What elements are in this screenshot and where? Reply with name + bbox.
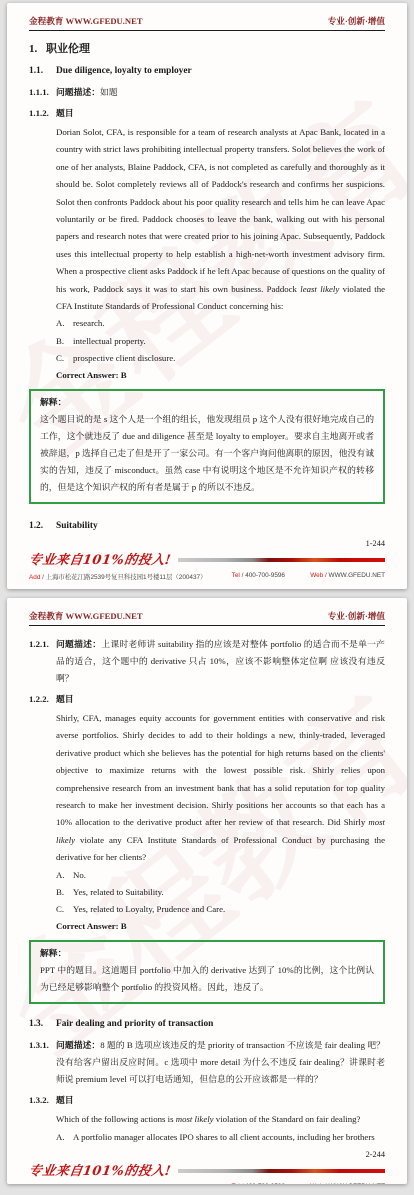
option-b: B. intellectual property. (56, 333, 385, 350)
section-1-1-heading: 1.1. Due diligence, loyalty to employer (29, 63, 385, 80)
problem-description: 问题描述：8 题的 B 选项应该违反的是 priority of transac… (56, 1037, 385, 1088)
tel-value: 400-700-9596 (245, 572, 285, 579)
option-a: A. research. (56, 315, 385, 332)
tel-label: Tel / (232, 1183, 244, 1184)
option-text: research. (73, 315, 105, 332)
question-emphasis: least likely (300, 284, 339, 294)
question-body: Which of the following actions is most l… (56, 1111, 385, 1128)
web-label: Web / (310, 572, 327, 579)
option-text: prospective client disclosure. (73, 350, 175, 367)
footer-address: Add / 上海市松花江路2539号复旦科技园1号楼11层（200437） (29, 1183, 206, 1184)
section-1-3-2-question-heading: 1.3.2. 题目 (29, 1092, 385, 1109)
option-letter: A. (56, 315, 73, 332)
option-letter: C. (56, 901, 73, 918)
web-value: WWW.GFEDU.NET (329, 1183, 385, 1184)
address-label: Add / (29, 574, 44, 581)
option-b: B. Yes, related to Suitability. (56, 884, 385, 901)
option-text: Yes, related to Loyalty, Prudence and Ca… (73, 901, 225, 918)
section-number: 1.1.1. (29, 84, 56, 101)
explanation-box: 解释： PPT 中的题目。这道题目 portfolio 中加入的 derivat… (29, 940, 385, 1004)
section-title: 职业伦理 (46, 41, 90, 58)
explanation-label: 解释： (40, 945, 374, 962)
footer-gradient-bar (178, 558, 385, 562)
section-1-2-1-problem: 1.2.1. 问题描述：上课时老师讲 suitability 指的应该是对整体 … (29, 636, 385, 687)
option-c: C. prospective client disclosure. (56, 350, 385, 367)
question-label: 题目 (56, 691, 74, 708)
explanation-box: 解释： 这个题目说的是 s 这个人是一个组的组长，他发现组员 p 这个人没有很好… (29, 389, 385, 504)
problem-text: 上课时老师讲 suitability 指的应该是对整体 portfolio 的适… (56, 639, 385, 683)
problem-description: 问题描述：上课时老师讲 suitability 指的应该是对整体 portfol… (56, 636, 385, 687)
section-number: 1.2.1. (29, 636, 56, 687)
footer-slogan-row: 专业来自101%的投入! (29, 1160, 385, 1179)
web-label: Web / (310, 1183, 327, 1184)
tel-label: Tel / (232, 572, 244, 579)
option-letter: A. (56, 1129, 73, 1146)
section-number: 1. (29, 41, 46, 58)
option-letter: A. (56, 867, 73, 884)
problem-label: 问题描述： (56, 87, 100, 97)
header-motto: 专业·创新·增值 (328, 15, 385, 27)
web-value: WWW.GFEDU.NET (329, 572, 385, 579)
footer-contact-row: Add / 上海市松花江路2539号复旦科技园1号楼11层（200437） Te… (29, 572, 385, 581)
footer-slogan: 专业来自101%的投入! (28, 549, 173, 568)
option-letter: B. (56, 884, 73, 901)
explanation-label: 解释： (40, 394, 374, 411)
footer-slogan: 专业来自101%的投入! (28, 1160, 173, 1179)
correct-answer: Correct Answer: B (56, 367, 385, 384)
question-text: Which of the following actions is (56, 1114, 176, 1124)
footer-tel: Tel / 400-700-9596 (232, 1183, 285, 1184)
section-1-1-2-question-heading: 1.1.2. 题目 (29, 105, 385, 122)
question-text-end: violate any CFA Institute Standards of P… (56, 835, 385, 862)
footer-slogan-row: 专业来自101%的投入! (29, 549, 385, 568)
option-c: C. Yes, related to Loyalty, Prudence and… (56, 901, 385, 918)
question-emphasis: most likely (176, 1114, 214, 1124)
section-1-3-heading: 1.3. Fair dealing and priority of transa… (29, 1016, 385, 1033)
section-1-heading: 1. 职业伦理 (29, 41, 385, 58)
page-header: 金程教育 WWW.GFEDU.NET 专业·创新·增值 (29, 610, 385, 626)
option-a: A. A portfolio manager allocates IPO sha… (56, 1129, 385, 1146)
page-header: 金程教育 WWW.GFEDU.NET 专业·创新·增值 (29, 15, 385, 31)
footer-tel: Tel / 400-700-9596 (232, 572, 285, 581)
problem-description: 问题描述：如题 (56, 84, 118, 101)
address-value: 上海市松花江路2539号复旦科技园1号楼11层（200437） (46, 574, 207, 581)
section-number: 1.1.2. (29, 105, 56, 122)
section-number: 1.1. (29, 63, 56, 80)
section-number: 1.3.1. (29, 1037, 56, 1088)
footer-web: Web / WWW.GFEDU.NET (310, 1183, 385, 1184)
document-page-1: 金程教育 金程教育 WWW.GFEDU.NET 专业·创新·增值 1. 职业伦理… (7, 3, 407, 589)
section-number: 1.3.2. (29, 1092, 56, 1109)
explanation-text: PPT 中的题目。这道题目 portfolio 中加入的 derivative … (40, 965, 374, 992)
header-brand: 金程教育 WWW.GFEDU.NET (29, 610, 143, 622)
header-brand: 金程教育 WWW.GFEDU.NET (29, 15, 143, 27)
section-title: Due diligence, loyalty to employer (56, 63, 192, 80)
section-number: 1.2. (29, 518, 56, 535)
section-1-1-1-problem: 1.1.1. 问题描述：如题 (29, 84, 385, 101)
question-body: Dorian Solot, CFA, is responsible for a … (56, 124, 385, 315)
footer-address: Add / 上海市松花江路2539号复旦科技园1号楼11层（200437） (29, 572, 206, 581)
page-number: 1-244 (29, 539, 385, 548)
footer-web: Web / WWW.GFEDU.NET (310, 572, 385, 581)
section-number: 1.3. (29, 1016, 56, 1033)
document-view: 金程教育 金程教育 WWW.GFEDU.NET 专业·创新·增值 1. 职业伦理… (0, 0, 414, 1190)
page-footer: 2-244 专业来自101%的投入! Add / 上海市松花江路2539号复旦科… (29, 1146, 385, 1184)
option-text: No. (73, 867, 86, 884)
question-text-end: violation of the Standard on fair dealin… (214, 1114, 361, 1124)
problem-text: 8 题的 B 选项应该违反的是 priority of transaction … (56, 1040, 385, 1084)
correct-answer: Correct Answer: B (56, 918, 385, 935)
question-body: Shirly, CFA, manages equity accounts for… (56, 710, 385, 867)
tel-value: 400-700-9596 (245, 1183, 285, 1184)
problem-label: 问题描述： (56, 639, 101, 649)
section-1-2-2-question-heading: 1.2.2. 题目 (29, 691, 385, 708)
option-text: intellectual property. (73, 333, 146, 350)
section-1-3-1-problem: 1.3.1. 问题描述：8 题的 B 选项应该违反的是 priority of … (29, 1037, 385, 1088)
question-label: 题目 (56, 105, 74, 122)
page-2-content: 金程教育 WWW.GFEDU.NET 专业·创新·增值 1.2.1. 问题描述：… (29, 610, 385, 1184)
option-text: Yes, related to Suitability. (73, 884, 164, 901)
option-letter: C. (56, 350, 73, 367)
footer-gradient-bar (178, 1169, 385, 1173)
question-text: Shirly, CFA, manages equity accounts for… (56, 713, 385, 827)
page-number: 2-244 (29, 1150, 385, 1159)
section-title: Fair dealing and priority of transaction (56, 1016, 213, 1033)
explanation-text: 这个题目说的是 s 这个人是一个组的组长，他发现组员 p 这个人没有很好地完成自… (40, 414, 374, 492)
header-motto: 专业·创新·增值 (328, 610, 385, 622)
section-1-2-heading: 1.2. Suitability (29, 518, 385, 535)
option-a: A. No. (56, 867, 385, 884)
question-label: 题目 (56, 1092, 74, 1109)
problem-text: 如题 (100, 87, 118, 97)
option-letter: B. (56, 333, 73, 350)
option-text: A portfolio manager allocates IPO shares… (73, 1129, 375, 1146)
problem-label: 问题描述： (56, 1040, 100, 1050)
question-text: Dorian Solot, CFA, is responsible for a … (56, 127, 385, 294)
section-title: Suitability (56, 518, 98, 535)
document-page-2: 金程教育 金程教育 WWW.GFEDU.NET 专业·创新·增值 1.2.1. … (7, 598, 407, 1184)
page-1-content: 金程教育 WWW.GFEDU.NET 专业·创新·增值 1. 职业伦理 1.1.… (29, 15, 385, 581)
page-footer: 1-244 专业来自101%的投入! Add / 上海市松花江路2539号复旦科… (29, 535, 385, 581)
section-number: 1.2.2. (29, 691, 56, 708)
footer-contact-row: Add / 上海市松花江路2539号复旦科技园1号楼11层（200437） Te… (29, 1183, 385, 1184)
